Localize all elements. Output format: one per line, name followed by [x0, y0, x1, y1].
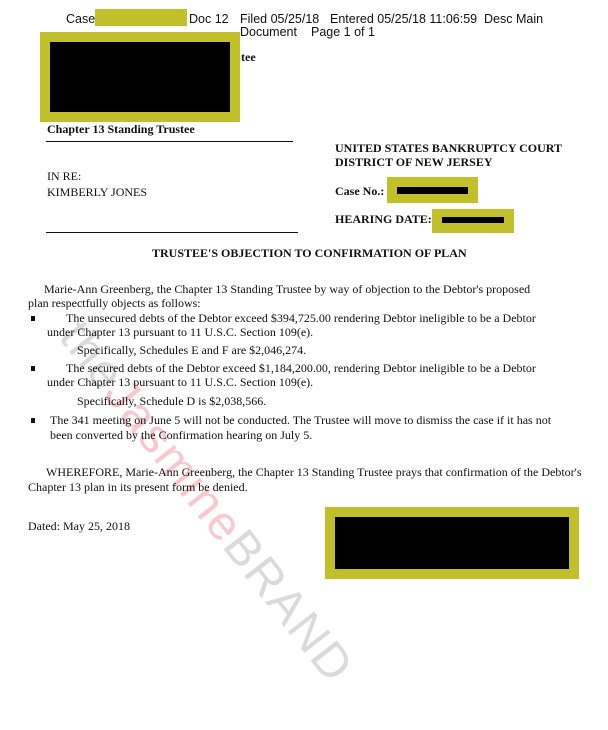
court-district: DISTRICT OF NEW JERSEY — [335, 155, 493, 169]
bullet-icon — [31, 316, 35, 321]
hearing-date-label: HEARING DATE: — [335, 212, 432, 226]
item2-line-1: The secured debts of the Debtor exceed $… — [66, 361, 536, 375]
case-number-highlight — [95, 9, 187, 26]
document-title: TRUSTEE'S OBJECTION TO CONFIRMATION OF P… — [152, 246, 467, 260]
case-no-label: Case No.: — [335, 184, 384, 198]
trustee-title: Chapter 13 Standing Trustee — [47, 122, 195, 136]
wherefore-line-1: WHEREFORE, Marie-Ann Greenberg, the Chap… — [46, 465, 582, 479]
case-no-redaction — [397, 187, 468, 194]
item2-line-2: under Chapter 13 pursuant to 11 U.S.C. S… — [47, 375, 313, 389]
header-page: Page 1 of 1 — [311, 25, 375, 39]
item1-detail: Specifically, Schedules E and F are $2,0… — [77, 343, 306, 357]
header-entered: Entered 05/25/18 11:06:59 — [330, 12, 477, 26]
item3-line-1: The 341 meeting on June 5 will not be co… — [50, 413, 551, 427]
header-filed: Filed 05/25/18 — [240, 12, 319, 26]
trustee-name-redaction — [50, 42, 230, 112]
header-desc: Desc Main — [484, 12, 543, 26]
signature-redaction — [335, 517, 569, 569]
item3-line-2: been converted by the Confirmation heari… — [50, 428, 312, 442]
in-re-label: IN RE: — [47, 169, 81, 183]
court-name: UNITED STATES BANKRUPTCY COURT — [335, 141, 562, 155]
caption-divider-top — [46, 141, 293, 142]
bullet-icon — [31, 418, 35, 423]
dated: Dated: May 25, 2018 — [28, 519, 130, 533]
debtor-name: KIMBERLY JONES — [47, 185, 147, 199]
hearing-date-redaction — [442, 217, 504, 223]
intro-line-1: Marie-Ann Greenberg, the Chapter 13 Stan… — [44, 282, 530, 296]
caption-divider-bottom — [46, 232, 298, 233]
intro-line-2: plan respectfully objects as follows: — [28, 296, 201, 310]
trustee-fragment: tee — [241, 50, 256, 64]
item2-detail: Specifically, Schedule D is $2,038,566. — [77, 394, 266, 408]
header-doc: Doc 12 — [189, 12, 229, 26]
bullet-icon — [31, 366, 35, 371]
wherefore-line-2: Chapter 13 plan in its present form be d… — [28, 480, 248, 494]
item1-line-2: under Chapter 13 pursuant to 11 U.S.C. S… — [47, 325, 313, 339]
header-document: Document — [240, 25, 297, 39]
item1-line-1: The unsecured debts of the Debtor exceed… — [66, 311, 536, 325]
header-case-label: Case — [66, 12, 95, 26]
